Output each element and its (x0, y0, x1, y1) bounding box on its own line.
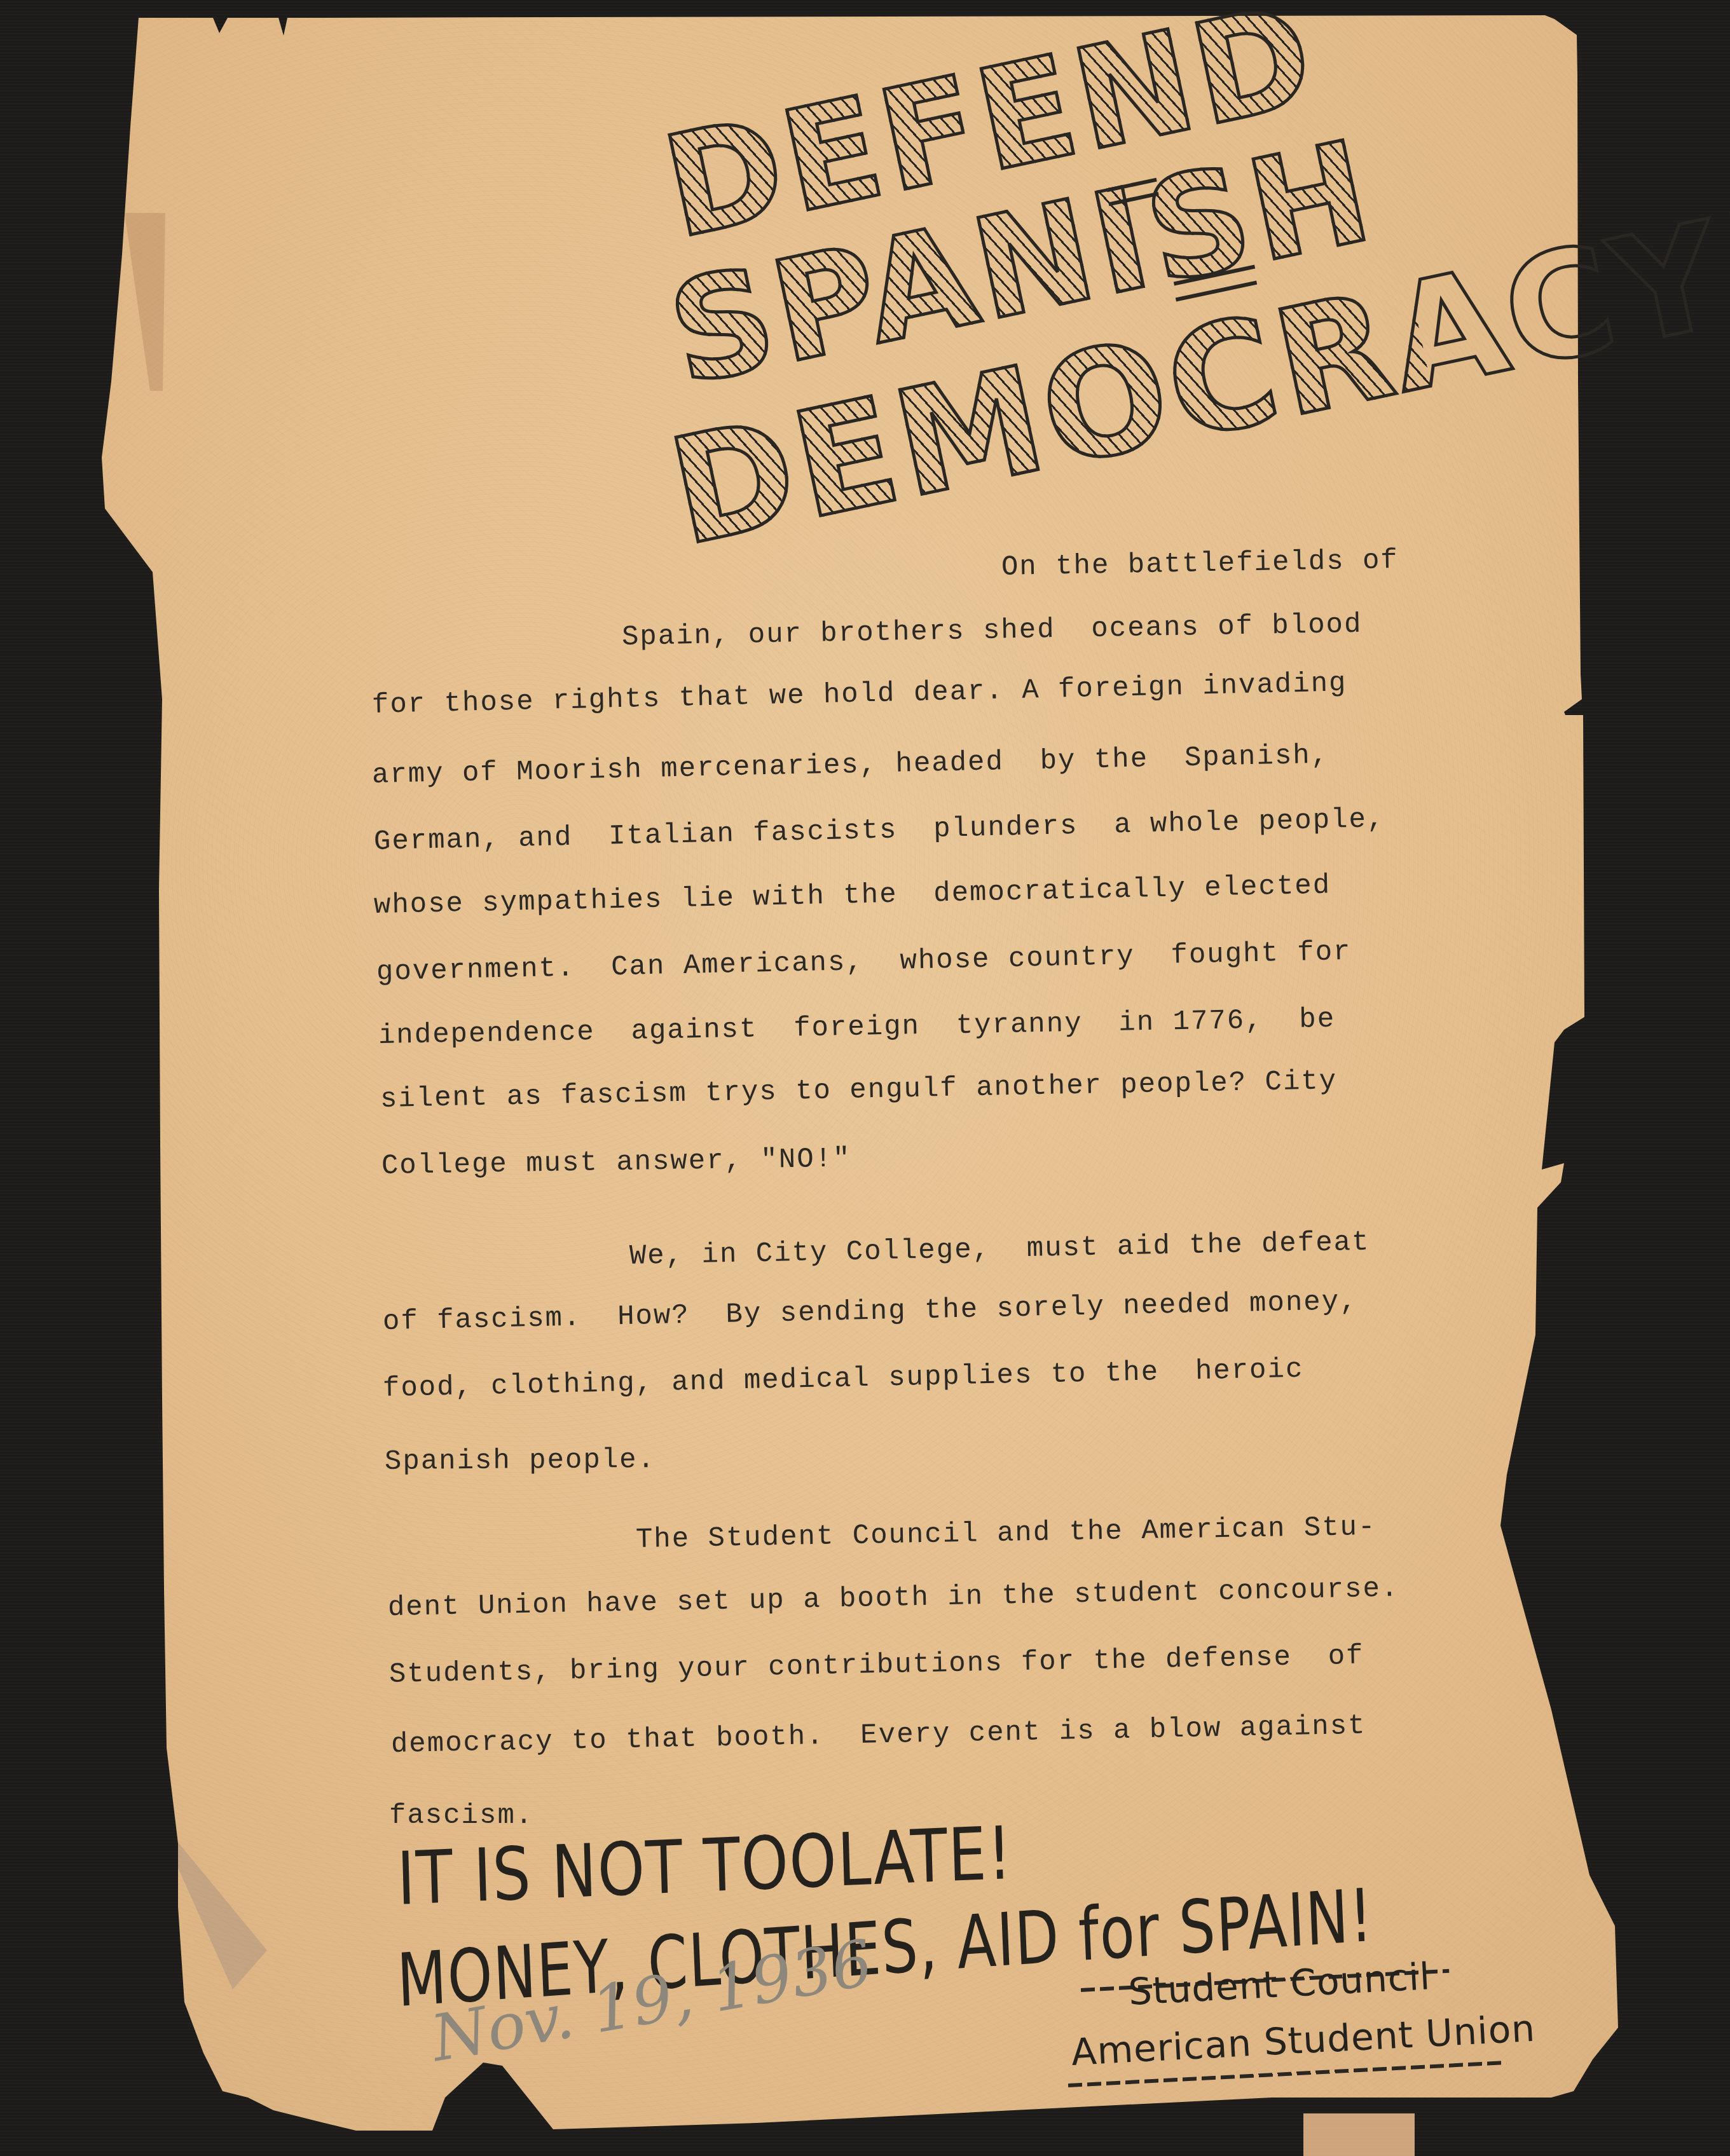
paper-tab (1303, 2113, 1415, 2156)
body-line: fascism. (389, 1800, 533, 1832)
body-line: Spanish people. (385, 1444, 656, 1478)
